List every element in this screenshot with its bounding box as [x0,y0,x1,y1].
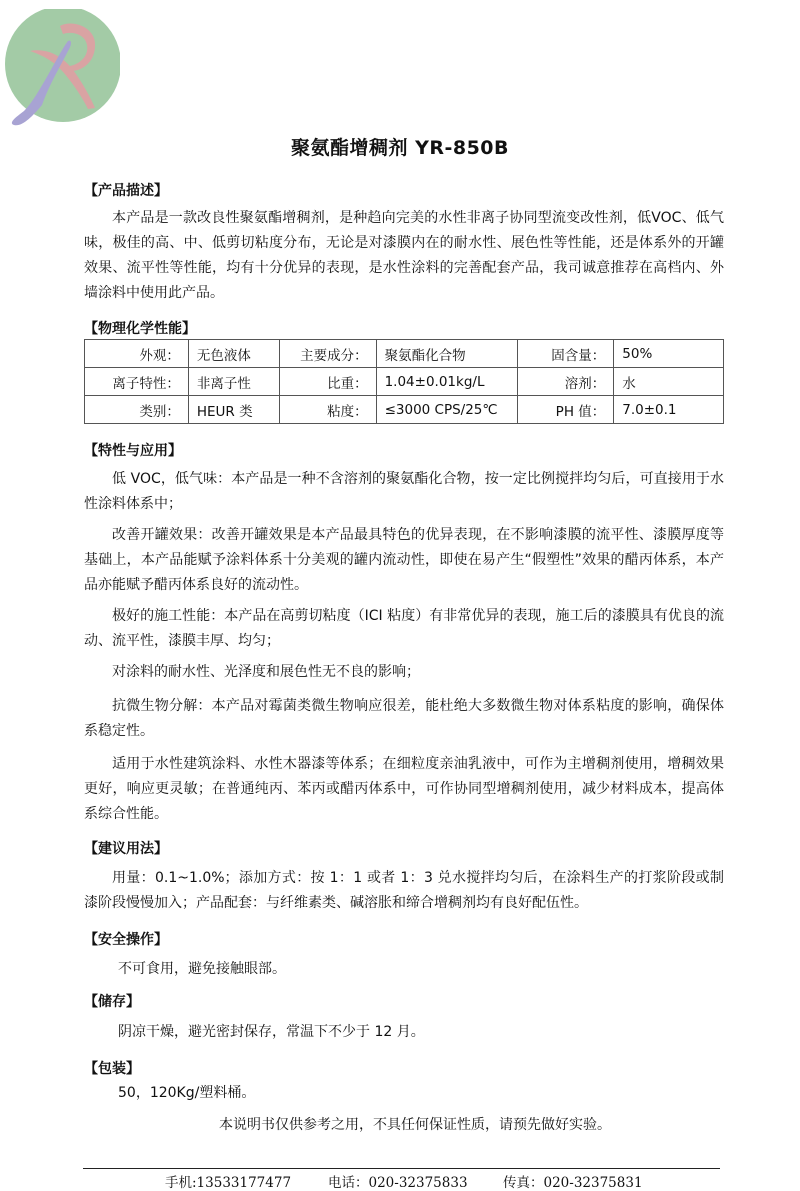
document-title: 聚氨酯增稠剂 YR-850B [0,133,800,160]
property-label: PH 值： [518,396,614,424]
property-value: 50% [614,340,724,368]
property-value: 1.04±0.01kg/L [376,368,518,396]
property-value: 聚氨酯化合物 [376,340,518,368]
property-value: 无色液体 [188,340,279,368]
footer-fax: 传真：020-32375831 [503,1171,643,1191]
property-label: 溶剂： [518,368,614,396]
feature-paragraph-no-adverse-effect: 对涂料的耐水性、光泽度和展色性无不良的影响； [84,660,724,685]
section-heading-features: 【特性与应用】 [84,440,182,460]
storage-text: 阴凉干燥，避光密封保存，常温下不少于 12 月。 [118,1021,425,1043]
section-heading-safety: 【安全操作】 [84,929,168,949]
property-label: 比重： [279,368,376,396]
property-value: ≤3000 CPS/25℃ [376,396,518,424]
packaging-text: 50，120Kg/塑料桶。 [118,1082,255,1104]
usage-paragraph: 用量：0.1~1.0%；添加方式：按 1：1 或者 1：3 兑水搅拌均匀后，在涂… [84,866,724,916]
section-heading-packaging: 【包装】 [84,1058,140,1078]
property-value: 7.0±0.1 [614,396,724,424]
property-label: 离子特性： [85,368,189,396]
property-value: HEUR 类 [188,396,279,424]
logo-r-icon [2,9,120,127]
properties-table: 外观： 无色液体 主要成分： 聚氨酯化合物 固含量： 50% 离子特性： 非离子… [84,339,724,424]
disclaimer-text: 本说明书仅供参考之用，不具任何保证性质，请预先做好实验。 [0,1114,800,1136]
company-logo [2,9,120,127]
section-heading-description: 【产品描述】 [84,180,168,200]
property-label: 固含量： [518,340,614,368]
section-heading-usage: 【建议用法】 [84,838,168,858]
table-row: 类别： HEUR 类 粘度： ≤3000 CPS/25℃ PH 值： 7.0±0… [85,396,724,424]
property-value: 非离子性 [188,368,279,396]
description-paragraph: 本产品是一款改良性聚氨酯增稠剂，是种趋向完美的水性非离子协同型流变改性剂，低VO… [84,206,724,306]
table-row: 外观： 无色液体 主要成分： 聚氨酯化合物 固含量： 50% [85,340,724,368]
footer-phone: 电话：020-32375833 [328,1171,468,1191]
feature-paragraph-low-voc: 低 VOC，低气味：本产品是一种不含溶剂的聚氨酯化合物，按一定比例搅拌均匀后，可… [84,467,724,517]
property-label: 粘度： [279,396,376,424]
footer-mobile: 手机:13533177477 [165,1171,291,1191]
property-label: 外观： [85,340,189,368]
feature-paragraph-application: 极好的施工性能：本产品在高剪切粘度（ICI 粘度）有非常优异的表现，施工后的漆膜… [84,604,724,654]
table-row: 离子特性： 非离子性 比重： 1.04±0.01kg/L 溶剂： 水 [85,368,724,396]
safety-text: 不可食用，避免接触眼部。 [118,958,286,980]
section-heading-properties: 【物理化学性能】 [84,318,196,338]
section-heading-storage: 【储存】 [84,991,140,1011]
feature-paragraph-usage-systems: 适用于水性建筑涂料、水性木器漆等体系；在细粒度亲油乳液中，可作为主增稠剂使用，增… [84,752,724,827]
property-label: 类别： [85,396,189,424]
feature-paragraph-antimicrobial: 抗微生物分解：本产品对霉菌类微生物响应很差，能杜绝大多数微生物对体系粘度的影响，… [84,694,724,744]
feature-paragraph-can-opening: 改善开罐效果：改善开罐效果是本产品最具特色的优异表现，在不影响漆膜的流平性、漆膜… [84,523,724,598]
property-label: 主要成分： [279,340,376,368]
property-value: 水 [614,368,724,396]
footer-divider [83,1168,720,1169]
